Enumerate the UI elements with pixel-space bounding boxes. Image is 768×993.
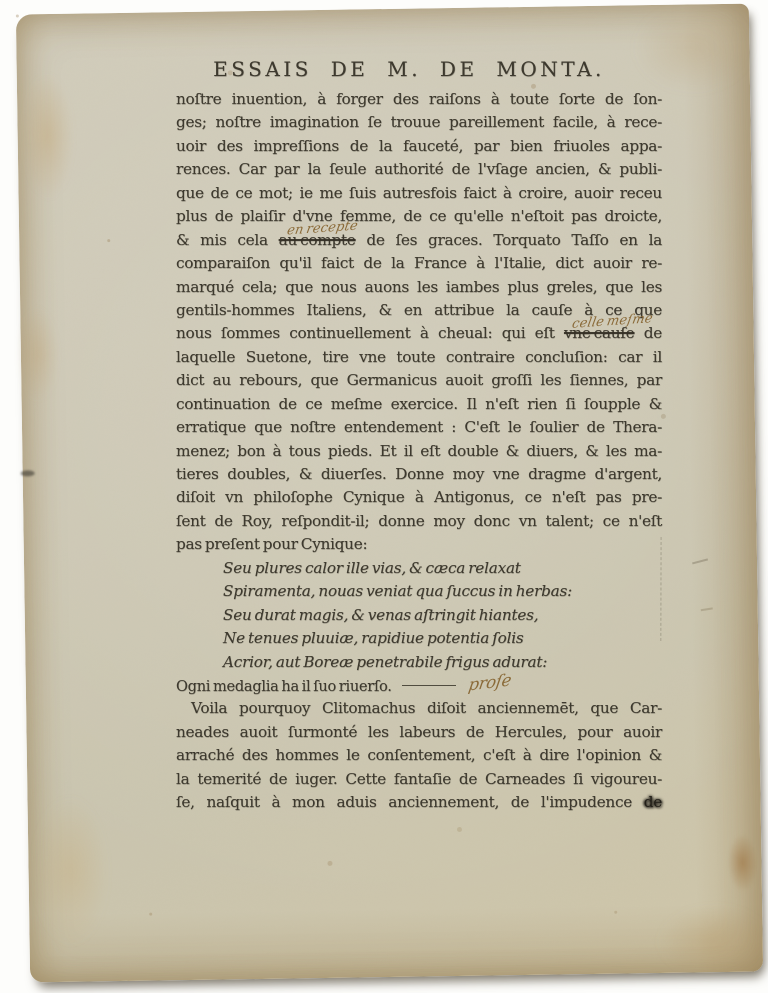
printed-text: & mis cela [176, 231, 279, 249]
corrected-passage: en recepteau compte [279, 229, 356, 252]
text-line: menez; bon à tous pieds. Et il eſt doubl… [176, 440, 662, 463]
text-line: ges; noſtre imagination ſe trouue pareil… [176, 111, 662, 134]
printed-text: Voila pourquoy Clitomachus diſoit ancien… [191, 699, 662, 717]
printed-text: dict au rebours, que Germanicus auoit gr… [176, 371, 662, 389]
text-line: tieres doubles, & diuerſes. Donne moy vn… [176, 463, 662, 486]
verse-line: Seu plures calor ille vias, & cæca relax… [176, 557, 662, 580]
printed-text: pas preſent pour Cynique: [176, 535, 367, 553]
text-line: diſoit vn philoſophe Cynique à Antigonus… [176, 486, 662, 509]
text-line: pas preſent pour Cynique: [176, 533, 662, 556]
scan-background: ESSAIS DE M. DE MONTA. noſtre inuention,… [0, 0, 768, 993]
corrected-passage: celle meſmevne cauſe [564, 322, 634, 345]
text-line: uoir des impreſſions de la fauceté, par … [176, 135, 662, 158]
printed-text: marqué cela; que nous auons les iambes p… [176, 278, 662, 296]
verse-line: Acrior, aut Boreæ penetrabile frigus adu… [176, 651, 662, 674]
text-line: erratique que noſtre entendement : C'eſt… [176, 416, 662, 439]
text-line: Voila pourquoy Clitomachus diſoit ancien… [176, 697, 662, 720]
text-line: marqué cela; que nous auons les iambes p… [176, 276, 662, 299]
verse-line: Ne tenues pluuiæ, rapidiue potentia ſoli… [176, 627, 662, 650]
text-line: continuation de ce meſme exercice. Il n'… [176, 393, 662, 416]
printed-text: de ſes graces. Torquato Taſſo en la [356, 231, 662, 249]
page-content: ESSAIS DE M. DE MONTA. noſtre inuention,… [23, 9, 756, 977]
text-line: nous ſommes continuellement à cheual: qu… [176, 322, 662, 345]
printed-text: Seu durat magis, & venas aſtringit hiant… [223, 606, 538, 624]
text-line: plus de plaiſir d'vne femme, de ce qu'el… [176, 205, 662, 228]
printed-text: ſent de Roy, reſpondit-il; donne moy don… [176, 512, 662, 530]
printed-text: menez; bon à tous pieds. Et il eſt doubl… [176, 442, 662, 460]
text-line: comparaiſon qu'il faict de la France à l… [176, 252, 662, 275]
handwritten-note: en recepte [285, 214, 360, 243]
printed-text: la temerité de iuger. Cette fantaſie de … [176, 770, 662, 788]
printed-text: Ne tenues pluuiæ, rapidiue potentia ſoli… [223, 629, 524, 647]
printed-text: noſtre inuention, à forger des raiſons à… [176, 90, 662, 108]
printed-text: uoir des impreſſions de la fauceté, par … [176, 137, 662, 155]
text-line: dict au rebours, que Germanicus auoit gr… [176, 369, 662, 392]
foxing-speckles [16, 14, 19, 17]
text-block: noſtre inuention, à forger des raiſons à… [176, 88, 662, 815]
text-line: la temerité de iuger. Cette fantaſie de … [176, 768, 662, 791]
text-line: rences. Car par la ſeule authorité de l'… [176, 158, 662, 181]
printed-text: ſe, naſquit à mon aduis anciennement, de… [176, 793, 644, 811]
printed-text: continuation de ce meſme exercice. Il n'… [176, 395, 662, 413]
text-line: ſe, naſquit à mon aduis anciennement, de… [176, 791, 662, 814]
printed-text: diſoit vn philoſophe Cynique à Antigonus… [176, 488, 662, 506]
printed-text: nous ſommes continuellement à cheual: qu… [176, 324, 564, 342]
running-header: ESSAIS DE M. DE MONTA. [159, 57, 659, 81]
printed-text: Acrior, aut Boreæ penetrabile frigus adu… [223, 653, 547, 671]
printed-text: Seu plures calor ille vias, & cæca relax… [223, 559, 521, 577]
printed-text: rences. Car par la ſeule authorité de l'… [176, 160, 662, 178]
text-line: neades auoit ſurmonté les labeurs de Her… [176, 721, 662, 744]
printed-text: ges; noſtre imagination ſe trouue pareil… [176, 113, 662, 131]
horizontal-rule-dash [402, 685, 456, 686]
ink-blot-word: de [644, 793, 662, 811]
printed-text: comparaiſon qu'il faict de la France à l… [176, 254, 662, 272]
page-scan: ESSAIS DE M. DE MONTA. noſtre inuention,… [16, 4, 763, 983]
printed-text: Ogni medaglia ha il ſuo riuerſo. [176, 678, 394, 695]
text-line: arraché des hommes le conſentement, c'eſ… [176, 744, 662, 767]
printed-text: laquelle Suetone, tire vne toute contrai… [176, 348, 662, 366]
text-line: que de ce mot; ie me ſuis autresfois fai… [176, 182, 662, 205]
printed-text: arraché des hommes le conſentement, c'eſ… [176, 746, 662, 764]
text-line: noſtre inuention, à forger des raiſons à… [176, 88, 662, 111]
text-line: Ogni medaglia ha il ſuo riuerſo. proſe [176, 674, 662, 697]
text-line: & mis cela en recepteau compte de ſes gr… [176, 229, 662, 252]
printed-text: tieres doubles, & diuerſes. Donne moy vn… [176, 465, 662, 483]
text-line: laquelle Suetone, tire vne toute contrai… [176, 346, 662, 369]
printed-text: erratique que noſtre entendement : C'eſt… [176, 418, 662, 436]
printed-text: plus de plaiſir d'vne femme, de ce qu'el… [176, 207, 662, 225]
handwritten-note: proſe [467, 668, 513, 697]
printed-text: Spiramenta, nouas veniat qua ſuccus in h… [223, 582, 572, 600]
printed-text: que de ce mot; ie me ſuis autresfois fai… [176, 184, 662, 202]
verse-line: Spiramenta, nouas veniat qua ſuccus in h… [176, 580, 662, 603]
text-line: ſent de Roy, reſpondit-il; donne moy don… [176, 510, 662, 533]
verse-line: Seu durat magis, & venas aſtringit hiant… [176, 604, 662, 627]
printed-text: neades auoit ſurmonté les labeurs de Her… [176, 723, 662, 741]
